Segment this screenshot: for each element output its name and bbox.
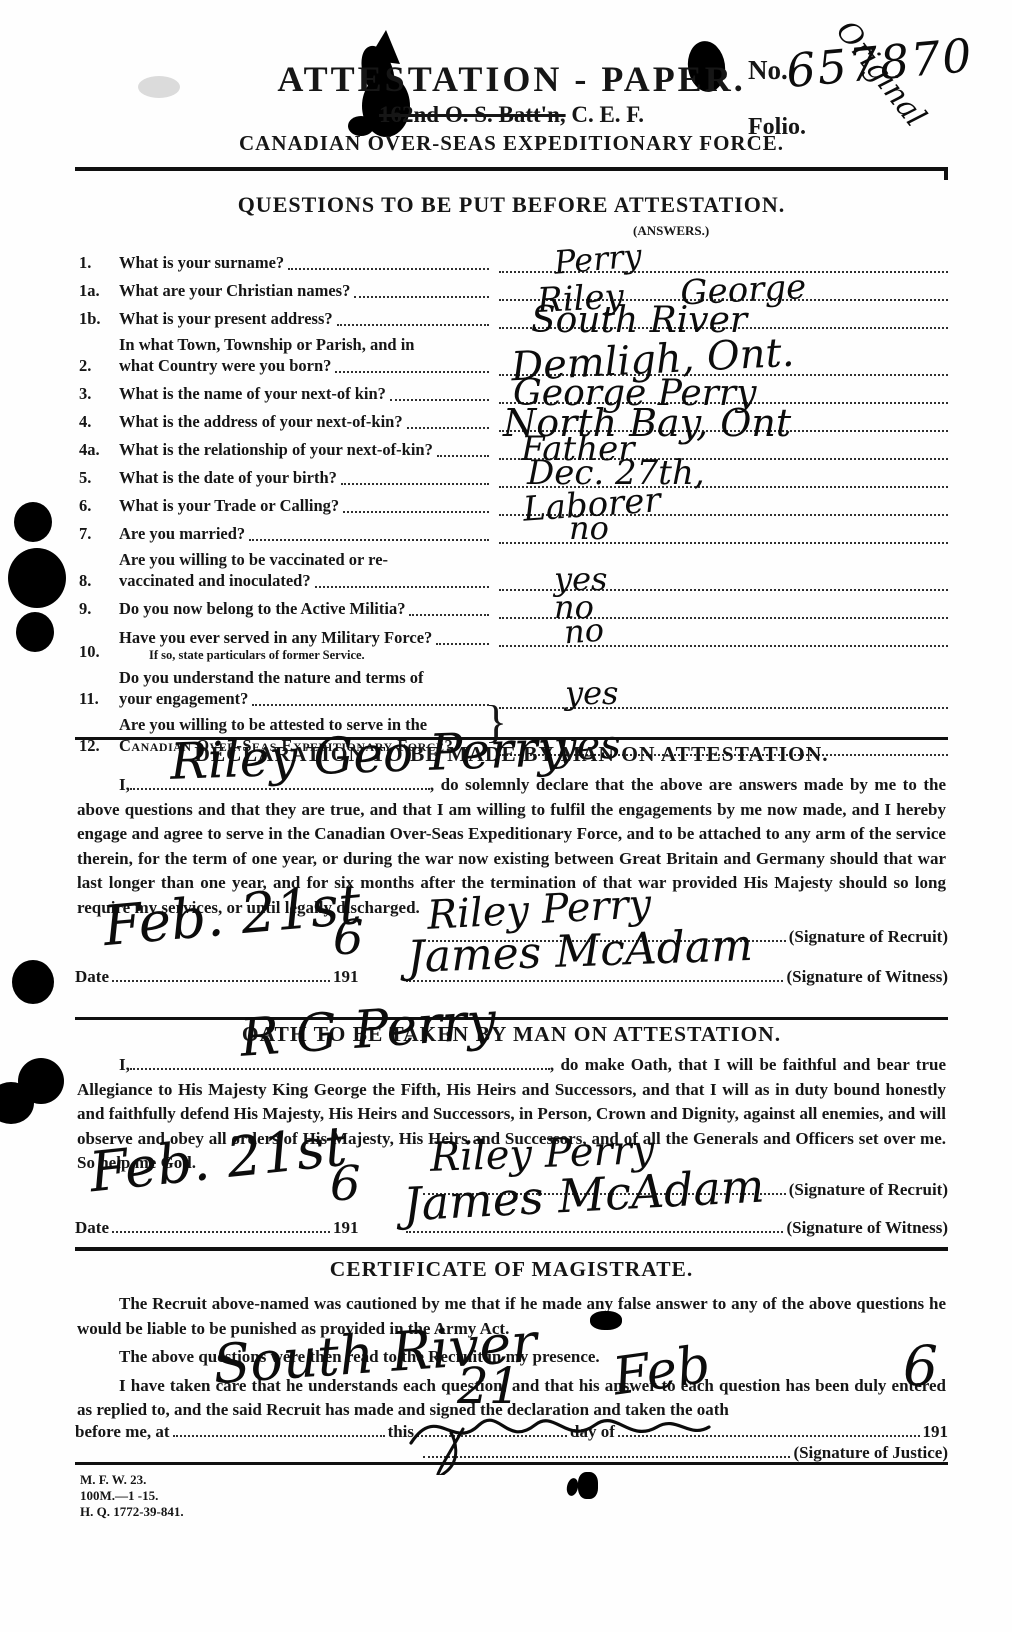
question-number: 8. <box>75 570 119 591</box>
battalion-rest-text: C. E. F. <box>566 102 644 127</box>
force-line: CANADIAN OVER-SEAS EXPEDITIONARY FORCE. <box>75 131 948 156</box>
print-reference-block: M. F. W. 23. 100M.—1 -15. H. Q. 1772-39-… <box>80 1472 184 1520</box>
question-row: 10. Have you ever served in any Military… <box>75 624 948 662</box>
answer-line: Perry <box>499 250 948 273</box>
question-row: 4. What is the address of your next-of-k… <box>75 409 948 432</box>
handwritten-year-digit: 6 <box>903 1339 938 1394</box>
handwritten-declarant-name: Riley Geo Perry <box>169 723 566 787</box>
declaration-text-bold: Canadian Over-Seas Expeditionary Force, <box>314 824 622 843</box>
question-row: 2. In what Town, Township or Parish, and… <box>75 334 948 376</box>
oath-intro: I, <box>119 1055 130 1074</box>
question-label: What is your present address? <box>119 308 333 329</box>
question-number: 1. <box>75 252 119 273</box>
question-row: 7. Are you married? no <box>75 521 948 544</box>
dotted-leader <box>249 523 489 541</box>
question-row: 9. Do you now belong to the Active Milit… <box>75 596 948 619</box>
answer-line: Laborer <box>499 493 948 516</box>
recruit-signature-label: (Signature of Recruit) <box>789 927 948 947</box>
ink-blob <box>16 612 54 652</box>
dotted-leader <box>409 598 489 616</box>
ink-blob <box>14 502 52 542</box>
question-number: 3. <box>75 383 119 404</box>
declaration-section: DECLARATION TO BE MADE BY MAN ON ATTESTA… <box>75 742 948 1017</box>
answer-line: no <box>499 521 948 544</box>
question-label: In what Town, Township or Parish, and in <box>119 334 414 355</box>
question-label: Are you married? <box>119 523 245 544</box>
answer-line: South River <box>499 306 948 329</box>
certificate-title: CERTIFICATE OF MAGISTRATE. <box>75 1257 948 1282</box>
dotted-leader <box>390 383 489 401</box>
oath-text-bold: King George the Fifth, <box>272 1080 440 1099</box>
handwritten-year-digit: 6 <box>330 1160 361 1208</box>
rule-end-tick <box>944 167 948 180</box>
dotted-leader <box>343 495 489 513</box>
battalion-line: 162nd O. S. Batt'n, C. E. F. <box>75 102 948 128</box>
dotted-leader <box>335 355 489 373</box>
question-number: 11. <box>75 688 119 709</box>
horizontal-rule <box>75 167 948 171</box>
answer-line: yes <box>499 686 948 709</box>
dotted-leader <box>436 627 489 645</box>
number-label: No. <box>748 55 788 86</box>
ink-blob <box>590 1311 622 1330</box>
year-printed: 191 <box>333 967 359 987</box>
question-label: What is the address of your next-of-kin? <box>119 411 403 432</box>
witness-signature-label: (Signature of Witness) <box>786 1218 948 1238</box>
question-row: 11. Do you understand the nature and ter… <box>75 667 948 709</box>
question-label: Do you now belong to the Active Militia? <box>119 598 405 619</box>
dotted-leader <box>406 1231 783 1233</box>
dotted-leader <box>407 411 489 429</box>
question-number: 1a. <box>75 280 119 301</box>
question-label: Have you ever served in any Military For… <box>119 627 432 648</box>
handwritten-witness-signature: James McAdam <box>406 924 753 980</box>
question-label: What is your Trade or Calling? <box>119 495 339 516</box>
questions-title: QUESTIONS TO BE PUT BEFORE ATTESTATION. <box>75 192 948 218</box>
oath-title: OATH TO BE TAKEN BY MAN ON ATTESTATION. <box>75 1022 948 1047</box>
question-label: What is the relationship of your next-of… <box>119 439 433 460</box>
question-label: What are your Christian names? <box>119 280 350 301</box>
answer-line: no <box>499 624 948 647</box>
question-sublabel: If so, state particulars of former Servi… <box>119 648 491 662</box>
horizontal-rule <box>75 1462 948 1465</box>
oath-section: OATH TO BE TAKEN BY MAN ON ATTESTATION. … <box>75 1022 948 1247</box>
dotted-leader <box>337 308 489 326</box>
question-number: 6. <box>75 495 119 516</box>
handwritten-answer: yes <box>565 677 618 709</box>
declaration-intro: I, <box>119 775 130 794</box>
question-label: What is your surname? <box>119 252 284 273</box>
question-label: vaccinated and inoculated? <box>119 570 311 591</box>
answer-line: Dec. 27th, <box>499 465 948 488</box>
folio-label: Folio. <box>748 114 806 141</box>
ink-blob <box>578 1472 598 1499</box>
question-number: 7. <box>75 523 119 544</box>
question-number: 10. <box>75 641 119 662</box>
dotted-leader <box>112 1231 330 1233</box>
dotted-leader <box>341 467 489 485</box>
question-number: 4a. <box>75 439 119 460</box>
recruit-signature-label: (Signature of Recruit) <box>789 1180 948 1200</box>
question-number: 5. <box>75 467 119 488</box>
handwritten-answer: no <box>563 614 605 649</box>
print-ref-line: H. Q. 1772-39-841. <box>80 1504 184 1520</box>
question-row: 5. What is the date of your birth? Dec. … <box>75 465 948 488</box>
question-row: 4a. What is the relationship of your nex… <box>75 437 948 460</box>
witness-signature-label: (Signature of Witness) <box>786 967 948 987</box>
date-label: Date <box>75 967 109 987</box>
handwritten-month: Feb <box>610 1338 714 1403</box>
dotted-leader <box>437 439 489 457</box>
certificate-section: CERTIFICATE OF MAGISTRATE. The Recruit a… <box>75 1257 948 1462</box>
handwritten-year-digit: 6 <box>333 914 364 962</box>
attestation-paper-scan: ATTESTATION - PAPER. 162nd O. S. Batt'n,… <box>0 0 1012 1632</box>
question-label: What is the date of your birth? <box>119 467 337 488</box>
question-label: Do you understand the nature and terms o… <box>119 667 424 688</box>
justice-signature-label: (Signature of Justice) <box>793 1443 948 1463</box>
ink-blob <box>12 960 54 1004</box>
question-label: your engagement? <box>119 688 248 709</box>
year-printed: 191 <box>923 1422 949 1442</box>
dotted-leader <box>112 980 330 982</box>
dotted-leader <box>252 688 489 706</box>
dotted-leader <box>315 570 489 588</box>
question-number: 9. <box>75 598 119 619</box>
questions-section: QUESTIONS TO BE PUT BEFORE ATTESTATION. … <box>75 192 948 761</box>
date-label: Date <box>75 1218 109 1238</box>
horizontal-rule <box>75 1247 948 1251</box>
question-row: 1a. What are your Christian names? Riley… <box>75 278 948 301</box>
question-label: What is the name of your next-of kin? <box>119 383 386 404</box>
question-row: 1. What is your surname? Perry <box>75 250 948 273</box>
question-row: 1b. What is your present address? South … <box>75 306 948 329</box>
dotted-leader <box>288 252 489 270</box>
answer-line: Riley George <box>499 278 948 301</box>
dotted-leader <box>173 1435 385 1437</box>
print-ref-line: 100M.—1 -15. <box>80 1488 184 1504</box>
question-label: Are you willing to be vaccinated or re- <box>119 549 388 570</box>
question-label: what Country were you born? <box>119 355 331 376</box>
question-row: 6. What is your Trade or Calling? Labore… <box>75 493 948 516</box>
handwritten-answer: Perry <box>553 239 643 279</box>
question-number: 1b. <box>75 308 119 329</box>
answers-caption: (ANSWERS.) <box>633 223 709 239</box>
question-row: 8. Are you willing to be vaccinated or r… <box>75 549 948 591</box>
question-number: 4. <box>75 411 119 432</box>
print-ref-line: M. F. W. 23. <box>80 1472 184 1488</box>
questions-list: 1. What is your surname? Perry 1a. What … <box>75 250 948 756</box>
handwritten-answer: no <box>569 512 609 544</box>
battalion-struck-text: 162nd O. S. Batt'n, <box>379 102 566 127</box>
ink-blob <box>8 548 66 608</box>
before-me-label: before me, at <box>75 1422 170 1442</box>
year-printed: 191 <box>333 1218 359 1238</box>
question-number: 2. <box>75 355 119 376</box>
dotted-leader <box>354 280 489 298</box>
horizontal-rule <box>75 1017 948 1020</box>
